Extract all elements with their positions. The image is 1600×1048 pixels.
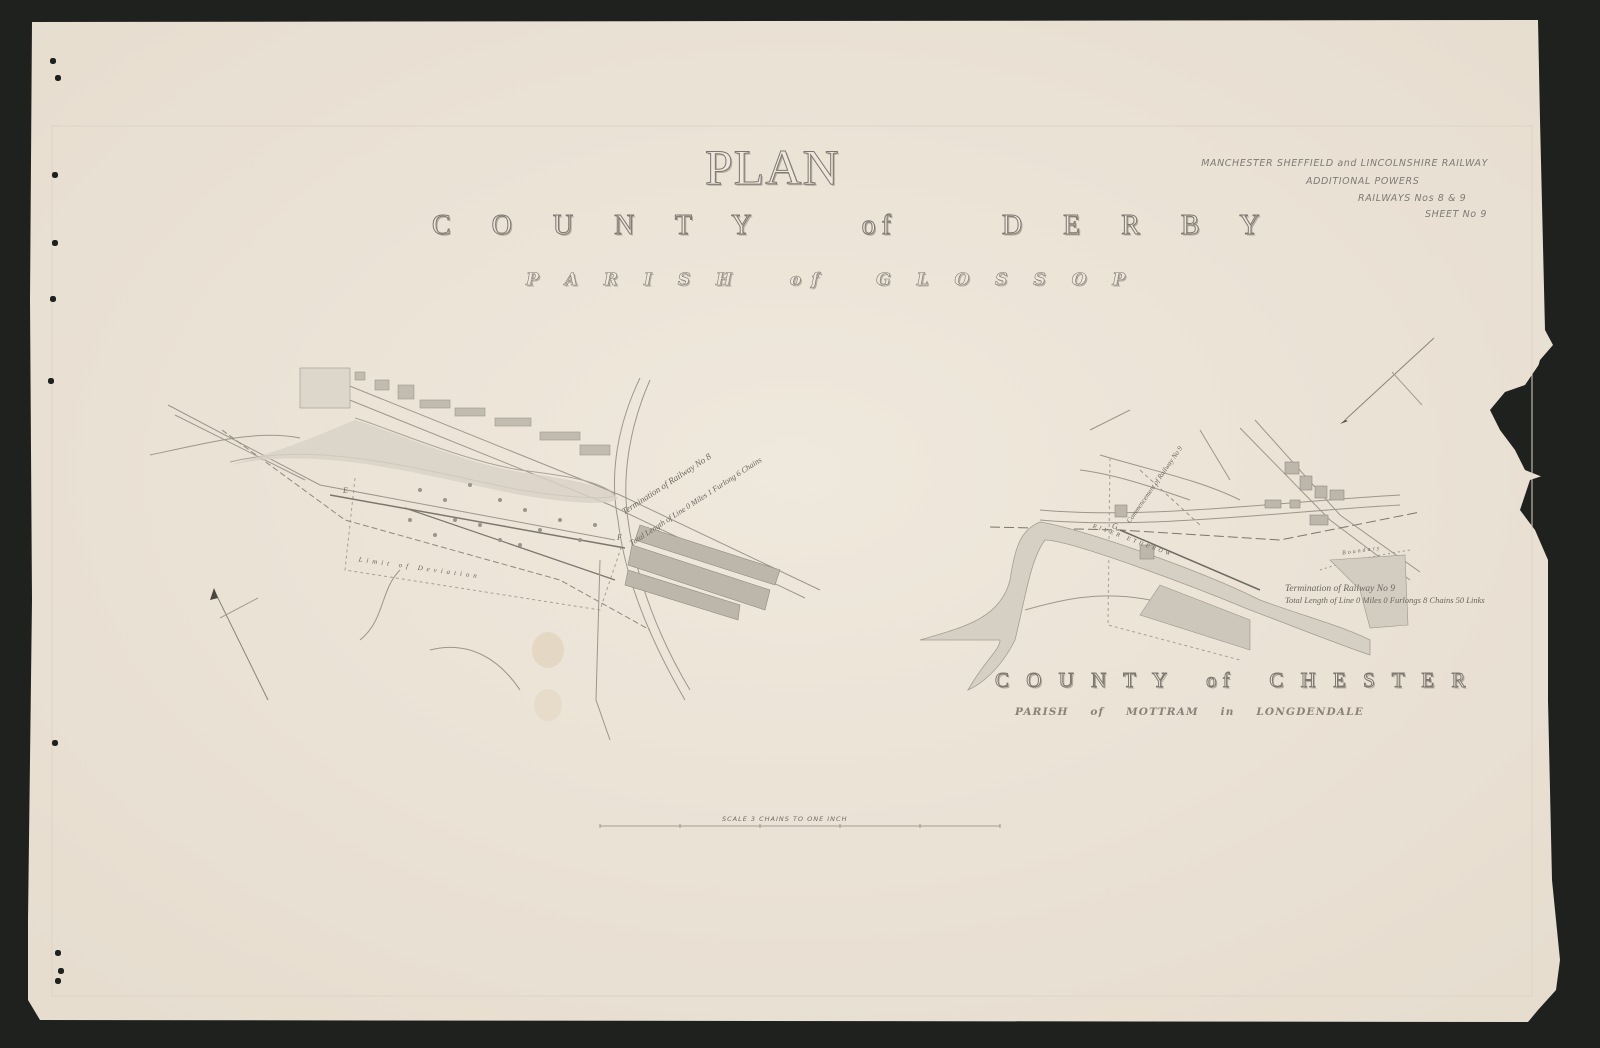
sheet-number-label: SHEET No 9 xyxy=(1425,209,1487,220)
railway9-length-label: Total Length of Line 0 Miles 0 Furlongs … xyxy=(1285,595,1485,605)
map-sheet: PLAN C O U N T Y of D E R B Y P A R I S … xyxy=(0,0,1600,1048)
railways-number-label: RAILWAYS Nos 8 & 9 xyxy=(1358,193,1466,204)
parish-glossop-heading: P A R I S H of G L O S S O P xyxy=(526,270,1135,290)
county-chester-heading: C O U N T Y of C H E S T E R xyxy=(995,668,1472,693)
parish-mottram-heading: PARISH of MOTTRAM in LONGDENDALE xyxy=(1015,706,1364,718)
marker-f: F xyxy=(617,533,622,542)
railway-company-name: MANCHESTER SHEFFIELD and LINCOLNSHIRE RA… xyxy=(1201,158,1488,169)
map-title: PLAN xyxy=(705,138,840,196)
railway9-termination-label: Termination of Railway No 9 xyxy=(1285,584,1395,594)
marker-e: E xyxy=(343,486,348,495)
marker-g: G xyxy=(1112,522,1118,531)
county-derby-heading: C O U N T Y of D E R B Y xyxy=(432,210,1266,242)
additional-powers-label: ADDITIONAL POWERS xyxy=(1306,176,1419,187)
scale-label: SCALE 3 CHAINS TO ONE INCH xyxy=(722,815,847,823)
